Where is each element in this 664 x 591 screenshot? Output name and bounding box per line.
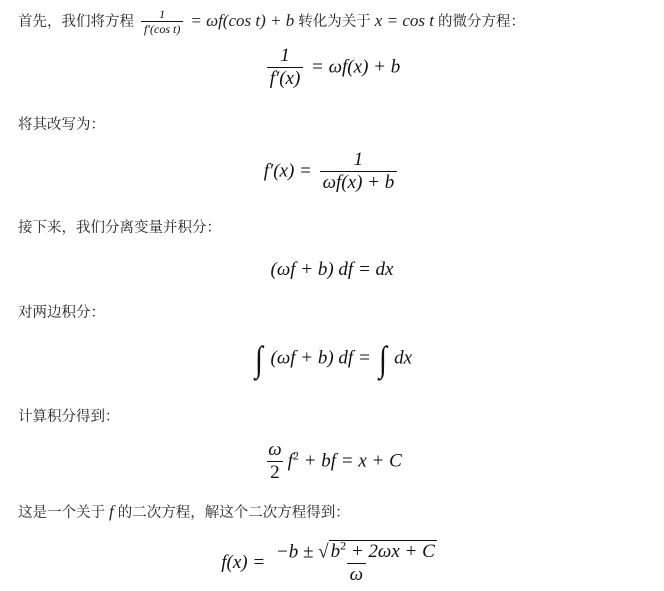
equation-6-lhs: f(x) = bbox=[221, 552, 265, 573]
equation-5-exponent: 2 bbox=[293, 448, 299, 462]
intro-paragraph: 首先，我们将方程 1 f′(cos t) = ωf(cos t) + b 转化为… bbox=[18, 8, 525, 37]
square-root: √b2 + 2ωx + C bbox=[318, 540, 437, 563]
equation-6-numerator: −b ± √b2 + 2ωx + C bbox=[273, 540, 440, 563]
equation-6-fraction: −b ± √b2 + 2ωx + C ω bbox=[273, 540, 440, 587]
inline-variable-substitution: x = cos t bbox=[375, 11, 434, 30]
separate-variables-paragraph: 接下来，我们分离变量并积分： bbox=[18, 218, 221, 238]
intro-end-text: 的微分方程： bbox=[438, 14, 525, 30]
integral-sign-right: ∫ bbox=[379, 338, 387, 380]
integrate-both-sides-paragraph: 对两边积分： bbox=[18, 303, 105, 323]
intro-text: 首先，我们将方程 bbox=[18, 14, 134, 30]
compute-integral-paragraph: 计算积分得到： bbox=[18, 407, 120, 427]
integral-sign-left: ∫ bbox=[255, 338, 263, 380]
quadratic-paragraph: 这是一个关于 f 的二次方程，解这个二次方程得到： bbox=[18, 502, 350, 523]
equation-4-right: dx bbox=[394, 347, 412, 368]
equation-1-fraction: 1 f′(x) bbox=[267, 46, 304, 91]
equation-3: (ωf + b) df = dx bbox=[0, 259, 664, 281]
equation-2: f′(x) = 1 ωf(x) + b bbox=[0, 150, 664, 195]
intro-middle-text: 转化为关于 bbox=[298, 14, 371, 30]
equation-1-rhs: = ωf(x) + b bbox=[311, 57, 400, 78]
equation-6: f(x) = −b ± √b2 + 2ωx + C ω bbox=[0, 540, 664, 587]
equation-2-lhs: f′(x) = bbox=[264, 161, 312, 182]
equation-1: 1 f′(x) = ωf(x) + b bbox=[0, 46, 664, 91]
quadratic-text-before: 这是一个关于 bbox=[18, 505, 105, 521]
equation-4-left: (ωf + b) df = bbox=[271, 347, 371, 368]
inline-equation-rhs: = ωf(cos t) + b bbox=[190, 11, 294, 30]
equation-2-fraction: 1 ωf(x) + b bbox=[320, 150, 398, 195]
equation-5: ω 2 f2 + bf = x + C bbox=[0, 440, 664, 485]
rewrite-paragraph: 将其改写为： bbox=[18, 115, 105, 135]
inline-variable-f: f bbox=[109, 502, 114, 521]
quadratic-text-after: 的二次方程，解这个二次方程得到： bbox=[118, 505, 350, 521]
equation-5-rest: + bf = x + C bbox=[304, 451, 402, 472]
equation-5-fraction: ω 2 bbox=[265, 440, 284, 485]
equation-4: ∫ (ωf + b) df = ∫ dx bbox=[0, 338, 664, 380]
inline-fraction: 1 f′(cos t) bbox=[141, 8, 183, 37]
